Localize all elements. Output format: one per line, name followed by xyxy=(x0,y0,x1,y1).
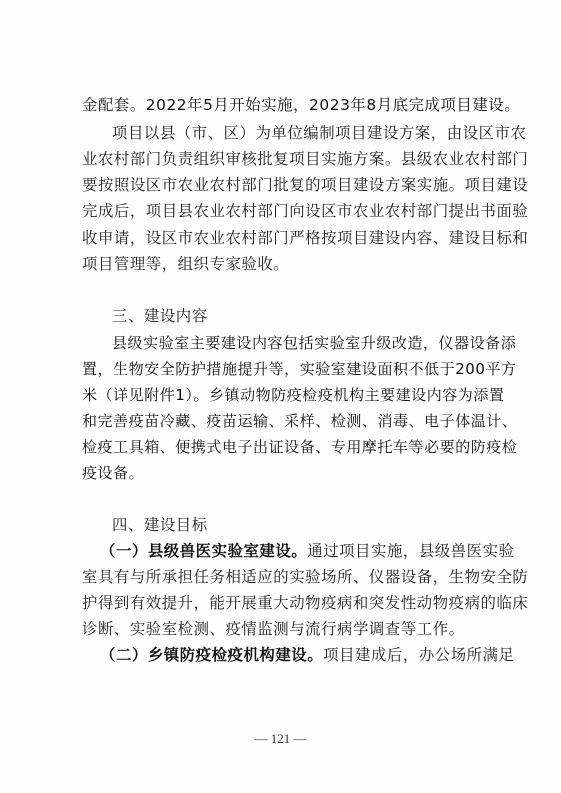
paragraph-text: 项目建成后，办公场所满足 xyxy=(323,646,514,664)
paragraph-text: 通过项目实施，县级兽医实验 xyxy=(307,542,514,560)
paragraph-text: 金配套。 xyxy=(82,96,146,114)
paragraph-line: 和完善疫苗冷藏、疫苗运输、采样、检测、消毒、电子体温计、 xyxy=(82,409,504,433)
subsection-title: （二）乡镇防疫检疫机构建设。 xyxy=(100,646,323,664)
paragraph-line: 置，生物安全防护措施提升等，实验室建设面积不低于200平方 xyxy=(82,357,504,381)
paragraph-line: 金配套。2022年5月开始实施，2023年8月底完成项目建设。 xyxy=(82,93,504,117)
subsection-title: （一）县级兽医实验室建设。 xyxy=(100,542,307,560)
paragraph-line: 县级实验室主要建设内容包括实验室升级改造，仪器设备添 xyxy=(112,331,504,355)
paragraph-text-dates: 2022年5月开始实施，2023年8月底完成项目建设。 xyxy=(146,96,520,114)
paragraph-line: 米（详见附件1）。乡镇动物防疫检疫机构主要建设内容为添置 xyxy=(82,383,504,407)
page-number: — 121 — xyxy=(0,731,561,747)
paragraph-line: 业农村部门负责组织审核批复项目实施方案。县级农业农村部门 xyxy=(82,147,504,171)
paragraph-line: 项目管理等，组织专家验收。 xyxy=(82,252,504,276)
paragraph-line: 诊断、实验室检测、疫情监测与流行病学调查等工作。 xyxy=(82,617,504,641)
section-heading: 四、建设目标 xyxy=(112,513,504,537)
paragraph-line: 要按照设区市农业农村部门批复的项目建设方案实施。项目建设 xyxy=(82,173,504,197)
paragraph-line: （一）县级兽医实验室建设。通过项目实施，县级兽医实验 xyxy=(100,539,504,563)
paragraph-line: （二）乡镇防疫检疫机构建设。项目建成后，办公场所满足 xyxy=(100,643,504,667)
paragraph-line: 收申请，设区市农业农村部门严格按项目建设内容、建设目标和 xyxy=(82,226,504,250)
section-heading: 三、建设内容 xyxy=(112,304,504,328)
paragraph-line: 护得到有效提升，能开展重大动物疫病和突发性动物疫病的临床 xyxy=(82,591,504,615)
paragraph-line: 项目以县（市、区）为单位编制项目建设方案，由设区市农 xyxy=(112,121,504,145)
paragraph-line: 疫设备。 xyxy=(82,461,504,485)
paragraph-line: 完成后，项目县农业农村部门向设区市农业农村部门提出书面验 xyxy=(82,199,504,223)
paragraph-line: 检疫工具箱、便携式电子出证设备、专用摩托车等必要的防疫检 xyxy=(82,435,504,459)
paragraph-line: 室具有与所承担任务相适应的实验场所、仪器设备，生物安全防 xyxy=(82,565,504,589)
document-page: 金配套。2022年5月开始实施，2023年8月底完成项目建设。 项目以县（市、区… xyxy=(0,0,561,793)
